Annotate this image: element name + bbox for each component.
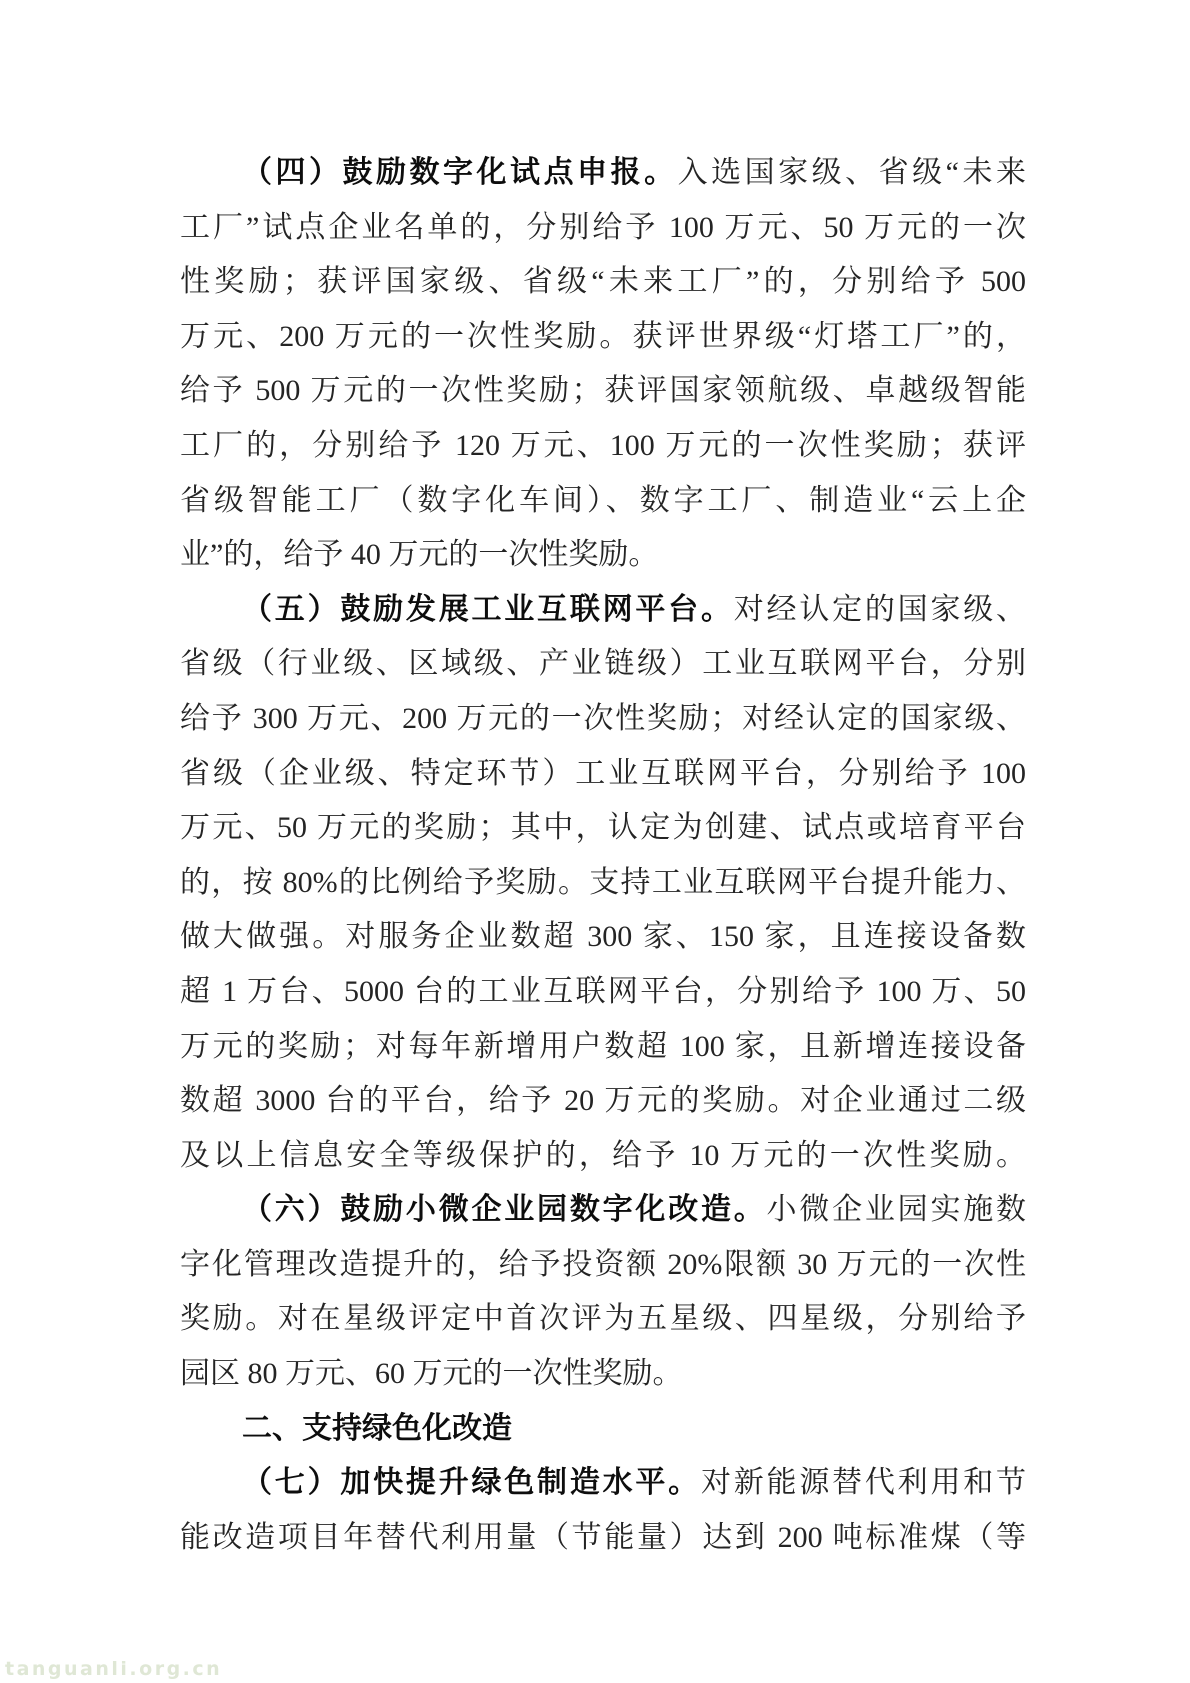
text-line: 奖励。对在星级评定中首次评为五星级、四星级，分别给予 — [180, 1292, 1026, 1347]
paragraph-lead: （四）鼓励数字化试点申报。 — [242, 156, 678, 189]
paragraph-text: 业”的，给予 40 万元的一次性奖励。 — [180, 538, 658, 571]
text-line: （四）鼓励数字化试点申报。入选国家级、省级“未来 — [180, 146, 1026, 201]
text-line: （五）鼓励发展工业互联网平台。对经认定的国家级、 — [180, 583, 1026, 638]
text-line: 工厂的，分别给予 120 万元、100 万元的一次性奖励；获评 — [180, 419, 1026, 474]
paragraph-text: 省级（行业级、区域级、产业链级）工业互联网平台，分别 — [180, 647, 1026, 680]
text-line: 省级（行业级、区域级、产业链级）工业互联网平台，分别 — [180, 637, 1026, 692]
paragraph-text: 小微企业园实施数 — [767, 1193, 1026, 1226]
paragraph-text: 给予 300 万元、200 万元的一次性奖励；对经认定的国家级、 — [180, 702, 1026, 735]
paragraph-lead: （五）鼓励发展工业互联网平台。 — [242, 593, 734, 626]
watermark: tanguanli.org.cn — [5, 1658, 222, 1680]
text-line: 及以上信息安全等级保护的，给予 10 万元的一次性奖励。 — [180, 1129, 1026, 1184]
paragraph-text: 工厂”试点企业名单的，分别给予 100 万元、50 万元的一次 — [180, 211, 1026, 244]
text-line: 数超 3000 台的平台，给予 20 万元的奖励。对企业通过二级 — [180, 1074, 1026, 1129]
paragraph-text: 万元、200 万元的一次性奖励。获评世界级“灯塔工厂”的， — [180, 320, 1026, 353]
text-line: 省级智能工厂（数字化车间）、数字工厂、制造业“云上企 — [180, 474, 1026, 529]
paragraph-lead: （六）鼓励小微企业园数字化改造。 — [242, 1193, 767, 1226]
paragraph-text: 对经认定的国家级、 — [734, 593, 1026, 626]
paragraph-text: 奖励。对在星级评定中首次评为五星级、四星级，分别给予 — [180, 1302, 1026, 1335]
paragraph-text: 省级智能工厂（数字化车间）、数字工厂、制造业“云上企 — [180, 484, 1026, 517]
text-line: 能改造项目年替代利用量（节能量）达到 200 吨标准煤（等 — [180, 1511, 1026, 1566]
document-page: （四）鼓励数字化试点申报。入选国家级、省级“未来工厂”试点企业名单的，分别给予 … — [0, 0, 1190, 1683]
paragraph-text: 工厂的，分别给予 120 万元、100 万元的一次性奖励；获评 — [180, 429, 1026, 462]
paragraph-text: 给予 500 万元的一次性奖励；获评国家领航级、卓越级智能 — [180, 374, 1026, 407]
text-line: 园区 80 万元、60 万元的一次性奖励。 — [180, 1347, 1026, 1402]
text-line: 省级（企业级、特定环节）工业互联网平台，分别给予 100 — [180, 747, 1026, 802]
text-line: 给予 500 万元的一次性奖励；获评国家领航级、卓越级智能 — [180, 364, 1026, 419]
paragraph-lead: （七）加快提升绿色制造水平。 — [242, 1466, 701, 1499]
paragraph-text: 能改造项目年替代利用量（节能量）达到 200 吨标准煤（等 — [180, 1521, 1026, 1554]
text-line: 业”的，给予 40 万元的一次性奖励。 — [180, 528, 1026, 583]
text-line: 性奖励；获评国家级、省级“未来工厂”的，分别给予 500 — [180, 255, 1026, 310]
text-line: 万元、200 万元的一次性奖励。获评世界级“灯塔工厂”的， — [180, 310, 1026, 365]
text-line: （六）鼓励小微企业园数字化改造。小微企业园实施数 — [180, 1183, 1026, 1238]
text-line: 给予 300 万元、200 万元的一次性奖励；对经认定的国家级、 — [180, 692, 1026, 747]
text-line: 万元、50 万元的奖励；其中，认定为创建、试点或培育平台 — [180, 801, 1026, 856]
paragraph-text: 字化管理改造提升的，给予投资额 20%限额 30 万元的一次性 — [180, 1248, 1026, 1281]
paragraph-text: 性奖励；获评国家级、省级“未来工厂”的，分别给予 500 — [180, 265, 1026, 298]
paragraph-text: 万元、50 万元的奖励；其中，认定为创建、试点或培育平台 — [180, 811, 1026, 844]
paragraph-text: 万元的奖励；对每年新增用户数超 100 家，且新增连接设备 — [180, 1030, 1026, 1063]
text-line: 字化管理改造提升的，给予投资额 20%限额 30 万元的一次性 — [180, 1238, 1026, 1293]
text-line: 万元的奖励；对每年新增用户数超 100 家，且新增连接设备 — [180, 1020, 1026, 1075]
paragraph-text: 及以上信息安全等级保护的，给予 10 万元的一次性奖励。 — [180, 1139, 1026, 1172]
paragraph-text: 超 1 万台、5000 台的工业互联网平台，分别给予 100 万、50 — [180, 975, 1026, 1008]
paragraph-text: 省级（企业级、特定环节）工业互联网平台，分别给予 100 — [180, 757, 1026, 790]
text-line: （七）加快提升绿色制造水平。对新能源替代利用和节 — [180, 1456, 1026, 1511]
text-line: 工厂”试点企业名单的，分别给予 100 万元、50 万元的一次 — [180, 201, 1026, 256]
paragraph-text: 数超 3000 台的平台，给予 20 万元的奖励。对企业通过二级 — [180, 1084, 1026, 1117]
paragraph-text: 做大做强。对服务企业数超 300 家、150 家，且连接设备数 — [180, 920, 1026, 953]
paragraph-text: 对新能源替代利用和节 — [701, 1466, 1026, 1499]
section-heading: 二、支持绿色化改造 — [180, 1402, 1026, 1457]
paragraph-lead: 二、支持绿色化改造 — [242, 1412, 512, 1445]
document-body: （四）鼓励数字化试点申报。入选国家级、省级“未来工厂”试点企业名单的，分别给予 … — [180, 146, 1026, 1565]
text-line: 的，按 80%的比例给予奖励。支持工业互联网平台提升能力、 — [180, 856, 1026, 911]
paragraph-text: 的，按 80%的比例给予奖励。支持工业互联网平台提升能力、 — [180, 866, 1026, 899]
text-line: 超 1 万台、5000 台的工业互联网平台，分别给予 100 万、50 — [180, 965, 1026, 1020]
paragraph-text: 园区 80 万元、60 万元的一次性奖励。 — [180, 1357, 683, 1390]
paragraph-text: 入选国家级、省级“未来 — [678, 156, 1026, 189]
text-line: 做大做强。对服务企业数超 300 家、150 家，且连接设备数 — [180, 910, 1026, 965]
